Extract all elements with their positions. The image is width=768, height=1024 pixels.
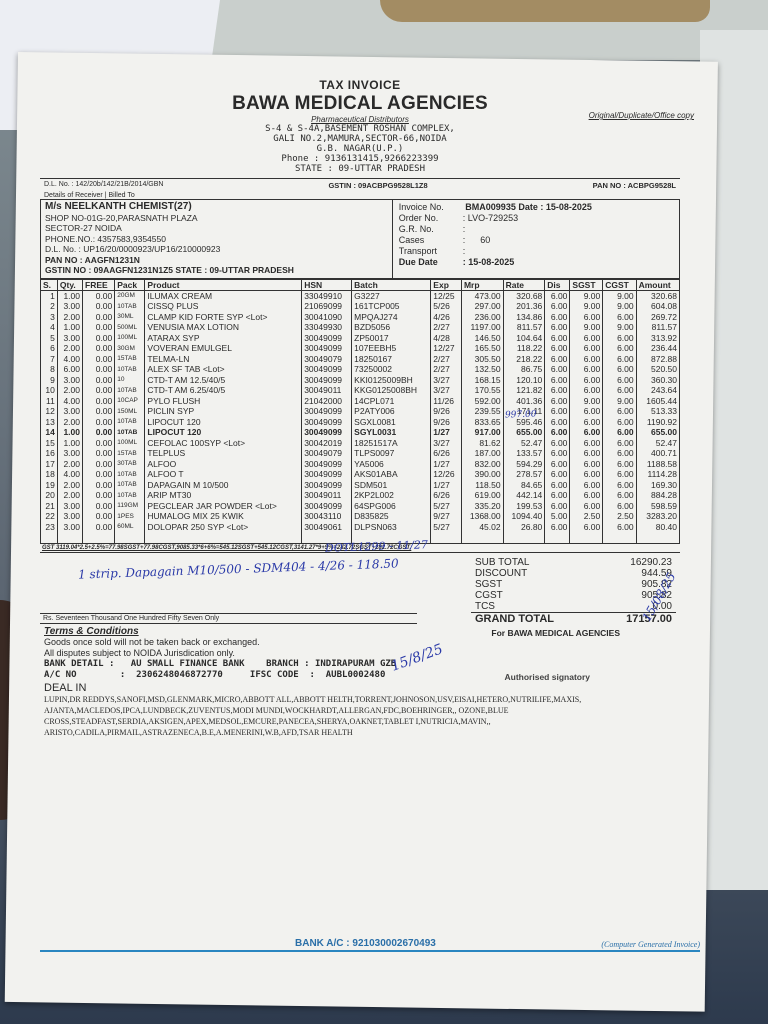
table-cell: 10TAB [115,469,145,480]
table-cell: 1.00 [57,427,82,438]
table-cell: 811.57 [636,322,679,333]
table-cell: 6/26 [431,448,462,459]
table-cell: 100ML [115,438,145,449]
table-cell: G3227 [352,290,431,301]
table-cell: 30049099 [302,343,352,354]
table-cell: 6.00 [545,385,570,396]
table-cell: ATARAX SYP [145,333,302,344]
table-row: 172.000.0030TABALFOO30049099YA50061/2783… [41,459,680,470]
table-cell: 10CAP [115,396,145,407]
table-cell: 15TAB [115,448,145,459]
account-number: A/C NO : 2306248046872770 [44,670,223,680]
table-cell: TLPS0097 [352,448,431,459]
table-cell: 598.59 [636,501,679,512]
table-cell: 121.82 [503,385,545,396]
table-cell: 4.00 [57,469,82,480]
table-cell: 0.00 [83,396,115,407]
table-cell: 1/27 [431,427,462,438]
table-cell: 6.00 [570,406,603,417]
table-row: 62.000.0030GMVOVERAN EMULGEL30049099107E… [41,343,680,354]
table-cell: 5.00 [545,511,570,522]
table-cell: LIPOCUT 120 [145,417,302,428]
table-cell: CTD-T AM 6.25/40/5 [145,385,302,396]
table-cell: 3 [41,312,58,323]
table-cell: 30049099 [302,417,352,428]
firm-name: BAWA MEDICAL AGENCIES [40,93,680,115]
total-value: 16290.23 [558,557,676,568]
address-line: Phone : 9136131415,9266223399 [40,154,680,164]
table-cell: 20GM [115,290,145,301]
table-cell: DAPAGAIN M 10/500 [145,480,302,491]
table-cell: 2.00 [57,490,82,501]
deal-in-brands: LUPIN,DR REDDYS,SANOFI,MSD,GLENMARK,MICR… [44,694,676,738]
table-cell: 297.00 [461,301,503,312]
bank-detail: BANK DETAIL : AU SMALL FINANCE BANK [44,659,244,669]
authorised-signatory: Authorised signatory [505,672,590,683]
table-row: 53.000.00100MLATARAX SYP30049099ZP500174… [41,333,680,344]
table-cell: 6.00 [545,364,570,375]
table-cell: 12/26 [431,469,462,480]
table-cell: 3.00 [57,375,82,386]
table-cell: 30049099 [302,501,352,512]
table-cell: ALEX SF TAB <Lot> [145,364,302,375]
table-cell: 9 [41,375,58,386]
table-cell: 11/26 [431,396,462,407]
table-cell: 218.22 [503,354,545,365]
deal-in-section: DEAL IN LUPIN,DR REDDYS,SANOFI,MSD,GLENM… [40,683,680,738]
table-cell: 6.00 [603,501,636,512]
table-cell: 442.14 [503,490,545,501]
table-cell: 80.40 [636,522,679,533]
table-cell: 1.00 [57,322,82,333]
table-cell: 6.00 [570,448,603,459]
table-cell: 60ML [115,522,145,533]
table-cell: 9/26 [431,417,462,428]
table-cell: 30GM [115,343,145,354]
table-cell: 6.00 [545,522,570,533]
table-row: 141.000.0010TABLIPOCUT 12030049099SGYL00… [41,427,680,438]
table-cell: 30049099 [302,480,352,491]
table-cell: 187.00 [461,448,503,459]
table-cell: 520.50 [636,364,679,375]
table-cell: 0.00 [83,501,115,512]
table-cell: 239.55 [461,406,503,417]
invoice-no: BMA009935 [465,202,516,212]
table-cell: 592.00 [461,396,503,407]
party-details: M/s NEELKANTH CHEMIST(27) SHOP NO-01G-20… [40,199,680,279]
table-cell: 6.00 [603,522,636,533]
table-cell: 30TAB [115,459,145,470]
table-cell: 0.00 [83,417,115,428]
table-cell: VENUSIA MAX LOTION [145,322,302,333]
table-row: 123.000.00150MLPICLIN SYP30049099P2ATY00… [41,406,680,417]
items-table: S.Qty.FREEPackProductHSNBatchExpMrpRateD… [40,279,680,543]
background-wood-object [380,0,710,22]
table-cell: 6.00 [603,448,636,459]
table-cell: 6.00 [545,312,570,323]
table-cell: 3283.20 [636,511,679,522]
table-cell: 2.00 [57,459,82,470]
total-row: SUB TOTAL16290.23 [471,557,676,568]
table-cell: 9.00 [570,301,603,312]
table-cell: 3/27 [431,385,462,396]
table-cell: D835825 [352,511,431,522]
table-cell: 86.75 [503,364,545,375]
table-cell: 2.00 [57,312,82,323]
address-line: S-4 & S-4A,BASEMENT ROSHAN COMPLEX, [40,124,680,134]
copy-type: Original/Duplicate/Office copy [589,111,694,120]
table-cell: 6.00 [570,375,603,386]
table-cell: 832.00 [461,459,503,470]
table-cell: 2.00 [57,417,82,428]
table-cell: 6.00 [570,343,603,354]
table-cell: 0.00 [83,438,115,449]
table-cell: CEFOLAC 100SYP <Lot> [145,438,302,449]
table-cell: 6.00 [570,501,603,512]
table-cell: VOVERAN EMULGEL [145,343,302,354]
invoice-meta: Invoice No. BMA009935 Date : 15-08-2025 … [393,200,679,278]
table-cell: LIPOCUT 120 [145,427,302,438]
table-cell: 0.00 [83,490,115,501]
table-cell: 6.00 [603,333,636,344]
date-label: Date : [518,202,543,212]
total-label: TCS [471,601,558,613]
table-cell: 6.00 [603,312,636,323]
table-cell: TELMA-LN [145,354,302,365]
table-cell: 15TAB [115,354,145,365]
cases-label: Cases [399,235,463,246]
table-cell: AKS01ABA [352,469,431,480]
table-cell: 278.57 [503,469,545,480]
table-cell: 6.00 [545,480,570,491]
table-cell: 4/28 [431,333,462,344]
column-header: Mrp [461,279,503,290]
table-cell: 104.64 [503,333,545,344]
table-cell: 12 [41,406,58,417]
table-cell: 811.57 [503,322,545,333]
table-cell: 269.72 [636,312,679,323]
dl-number: D.L. No. : 142/20b/142/21B/2014/GBN [44,181,163,190]
address-line: GALI NO.2,MAMURA,SECTOR-66,NOIDA [40,134,680,144]
table-cell: DOLOPAR 250 SYP <Lot> [145,522,302,533]
table-cell: 9.00 [603,290,636,301]
table-cell: 4.00 [57,396,82,407]
table-cell: 3/27 [431,438,462,449]
table-cell: 30049099 [302,459,352,470]
table-cell: 6.00 [570,312,603,323]
table-cell: 23 [41,522,58,533]
table-cell: 4/26 [431,312,462,323]
terms-line: All disputes subject to NOIDA Jurisdicat… [44,648,676,659]
table-cell: PEGCLEAR JAR POWDER <Lot> [145,501,302,512]
table-cell: 6.00 [603,343,636,354]
address-line: STATE : 09-UTTAR PRADESH [40,164,680,174]
table-cell: 2/27 [431,364,462,375]
table-cell: 6.00 [603,469,636,480]
table-cell: 14 [41,427,58,438]
column-header: Product [145,279,302,290]
table-cell: 6.00 [603,385,636,396]
table-cell: 10TAB [115,385,145,396]
ifsc-code: IFSC CODE : AUBL0002480 [250,670,385,680]
table-cell: 100ML [115,333,145,344]
table-row: 102.000.0010TABCTD-T AM 6.25/40/53004901… [41,385,680,396]
table-row: 93.000.0010CTD-T AM 12.5/40/530049099KKI… [41,375,680,386]
table-cell: 401.36 [503,396,545,407]
table-cell: 30ML [115,312,145,323]
receiver-line: SECTOR-27 NOIDA [45,223,388,234]
table-cell: DLPSN063 [352,522,431,533]
table-cell: 0.00 [83,333,115,344]
table-cell: 6/26 [431,490,462,501]
table-cell: 12/25 [431,290,462,301]
firm-pan: PAN NO : ACBPG9528L [593,181,676,190]
table-cell: SGYL0031 [352,427,431,438]
table-cell: 22 [41,511,58,522]
table-cell: 1/27 [431,480,462,491]
table-cell: 30049011 [302,490,352,501]
table-cell: 9.00 [603,301,636,312]
table-row: 23.000.0010TABCISSQ PLUS21069099161TCP00… [41,301,680,312]
table-cell: 168.15 [461,375,503,386]
table-cell: 33049910 [302,290,352,301]
table-cell: 30049099 [302,333,352,344]
total-value: 944.59 [558,568,676,579]
table-cell: 161TCP005 [352,301,431,312]
table-cell: 6.00 [603,490,636,501]
table-cell: 1190.92 [636,417,679,428]
table-cell: 833.65 [461,417,503,428]
table-cell: 3/27 [431,375,462,386]
address-line: G.B. NAGAR(U.P.) [40,144,680,154]
table-cell: 1605.44 [636,396,679,407]
computer-generated-note: (Computer Generated Invoice) [601,940,700,949]
table-cell: 30049011 [302,385,352,396]
table-cell: 1.00 [57,438,82,449]
table-cell: 21042000 [302,396,352,407]
table-cell: 9/27 [431,511,462,522]
table-cell: 5/26 [431,301,462,312]
table-cell: 30049079 [302,448,352,459]
table-cell: 500ML [115,322,145,333]
table-cell: 134.86 [503,312,545,323]
table-cell: 3.00 [57,333,82,344]
table-row: 86.000.0010TABALEX SF TAB <Lot>300490997… [41,364,680,375]
table-cell: 33049930 [302,322,352,333]
table-cell: 13 [41,417,58,428]
table-cell: 6.00 [545,469,570,480]
receiver-name: M/s NEELKANTH CHEMIST(27) [45,202,388,213]
table-cell: 473.00 [461,290,503,301]
column-header: FREE [83,279,115,290]
table-cell: 3.00 [57,406,82,417]
table-row: 32.000.0030MLCLAMP KID FORTE SYP <Lot>30… [41,312,680,323]
table-cell: 6.00 [570,427,603,438]
table-cell: 4.00 [57,354,82,365]
gr-no: : [463,224,466,234]
table-cell: CISSQ PLUS [145,301,302,312]
table-cell: 3.00 [57,522,82,533]
table-cell: 6.00 [570,469,603,480]
table-cell: 1PES [115,511,145,522]
table-cell: 2.00 [57,480,82,491]
table-cell: 655.00 [636,427,679,438]
table-cell: 146.50 [461,333,503,344]
table-cell: 6.00 [603,438,636,449]
receiver-line: PHONE.NO.: 4357583,9354550 [45,234,388,245]
transport: : [463,246,466,256]
total-row: CGST905.82 [471,590,676,601]
table-cell: 120.10 [503,375,545,386]
document-type: TAX INVOICE [40,78,680,92]
due-date: : 15-08-2025 [463,257,515,267]
table-cell: 400.71 [636,448,679,459]
gr-no-label: G.R. No. [399,224,463,235]
table-cell: 320.68 [503,290,545,301]
table-cell: 1.00 [57,290,82,301]
table-cell: 243.64 [636,385,679,396]
table-cell: KKG0125008BH [352,385,431,396]
table-cell: 9.00 [570,290,603,301]
table-cell: 6.00 [570,480,603,491]
column-header: Amount [636,279,679,290]
table-cell: 6.00 [570,522,603,533]
table-cell: 2.00 [57,385,82,396]
table-cell: 18 [41,469,58,480]
table-cell: 0.00 [83,522,115,533]
column-header: Qty. [57,279,82,290]
table-cell: 0.00 [83,322,115,333]
for-firm-label: For BAWA MEDICAL AGENCIES [491,628,620,639]
table-cell: HUMALOG MIX 25 KWIK [145,511,302,522]
table-cell: 0.00 [83,301,115,312]
table-cell: 3.00 [57,301,82,312]
table-cell: 52.47 [503,438,545,449]
table-cell: 6.00 [603,375,636,386]
table-cell: 2/27 [431,322,462,333]
table-cell: 2.50 [603,511,636,522]
total-row: SGST905.82 [471,579,676,590]
table-cell: 165.50 [461,343,503,354]
table-cell: 390.00 [461,469,503,480]
table-cell: 10TAB [115,427,145,438]
table-cell: 30049099 [302,375,352,386]
table-cell: 6.00 [570,385,603,396]
table-cell: ALFOO [145,459,302,470]
invoice-no-label: Invoice No. [399,202,463,213]
table-cell: 132.50 [461,364,503,375]
table-cell: 10TAB [115,364,145,375]
table-cell: CLAMP KID FORTE SYP <Lot> [145,312,302,323]
table-cell: 30041090 [302,312,352,323]
table-cell: 6.00 [603,427,636,438]
column-header: S. [41,279,58,290]
invoice-footer: BANK A/C : 921030002670493 (Computer Gen… [40,950,700,952]
table-cell: 872.88 [636,354,679,365]
table-cell: 884.28 [636,490,679,501]
table-cell: 0.00 [83,385,115,396]
table-cell: 18250167 [352,354,431,365]
table-cell: ILUMAX CREAM [145,290,302,301]
table-cell: 6.00 [545,490,570,501]
table-row: 223.000.001PESHUMALOG MIX 25 KWIK3004311… [41,511,680,522]
table-cell: 30049099 [302,469,352,480]
table-cell: 0.00 [83,406,115,417]
table-cell: 30043110 [302,511,352,522]
table-cell: 199.53 [503,501,545,512]
table-cell: 6.00 [545,448,570,459]
deal-in-heading: DEAL IN [44,683,676,694]
firm-gstin: GSTIN : 09ACBPG9528L1Z8 [328,181,427,190]
table-cell: 655.00 [503,427,545,438]
order-no: : LVO-729253 [463,213,518,223]
table-cell: 73250002 [352,364,431,375]
table-cell: 2.00 [57,343,82,354]
table-cell: 313.92 [636,333,679,344]
receiver-label: Details of Receiver | Billed To [40,192,680,199]
bank-branch: BRANCH : INDIRAPURAM GZB [266,659,396,669]
table-cell: 6.00 [545,354,570,365]
table-cell: 3.00 [57,501,82,512]
table-cell: 0.00 [83,354,115,365]
column-header: Rate [503,279,545,290]
transport-label: Transport [399,246,463,257]
table-cell: 6.00 [570,438,603,449]
table-cell: PYLO FLUSH [145,396,302,407]
table-cell: 15 [41,438,58,449]
table-cell: 64SPG006 [352,501,431,512]
table-cell: 6.00 [545,417,570,428]
table-cell: 10TAB [115,480,145,491]
table-cell: 320.68 [636,290,679,301]
table-cell: 150ML [115,406,145,417]
table-cell: 1114.28 [636,469,679,480]
table-cell: 236.00 [461,312,503,323]
table-row: 233.000.0060MLDOLOPAR 250 SYP <Lot>30049… [41,522,680,533]
license-row: D.L. No. : 142/20b/142/21B/2014/GBN GSTI… [40,178,680,192]
order-no-label: Order No. [399,213,463,224]
table-cell: 118.50 [461,480,503,491]
table-cell: 0.00 [83,375,115,386]
table-cell: 10TAB [115,417,145,428]
table-cell: 9.00 [603,322,636,333]
table-cell: 118.22 [503,343,545,354]
column-header: Pack [115,279,145,290]
table-row: 74.000.0015TABTELMA-LN30049079182501672/… [41,354,680,365]
table-cell: TELPLUS [145,448,302,459]
column-header: CGST [603,279,636,290]
total-label: SGST [471,579,558,590]
table-cell: 0.00 [83,511,115,522]
table-cell: 1188.58 [636,459,679,470]
table-cell: 6.00 [57,364,82,375]
table-cell: KKI0125009BH [352,375,431,386]
table-cell: 133.57 [503,448,545,459]
table-cell: 52.47 [636,438,679,449]
table-cell: 6.00 [545,290,570,301]
table-cell: 16 [41,448,58,459]
table-cell: 201.36 [503,301,545,312]
table-row: 132.000.0010TABLIPOCUT 12030049099SGXL00… [41,417,680,428]
table-cell: 2/27 [431,354,462,365]
tax-invoice: TAX INVOICE BAWA MEDICAL AGENCIES Origin… [40,78,680,738]
terms-section: Terms & Conditions Goods once sold will … [40,624,680,683]
total-label: DISCOUNT [471,568,558,579]
total-row: DISCOUNT944.59 [471,568,676,579]
table-cell: CTD-T AM 12.5/40/5 [145,375,302,386]
table-cell: 12/27 [431,343,462,354]
table-cell: 6.00 [570,459,603,470]
